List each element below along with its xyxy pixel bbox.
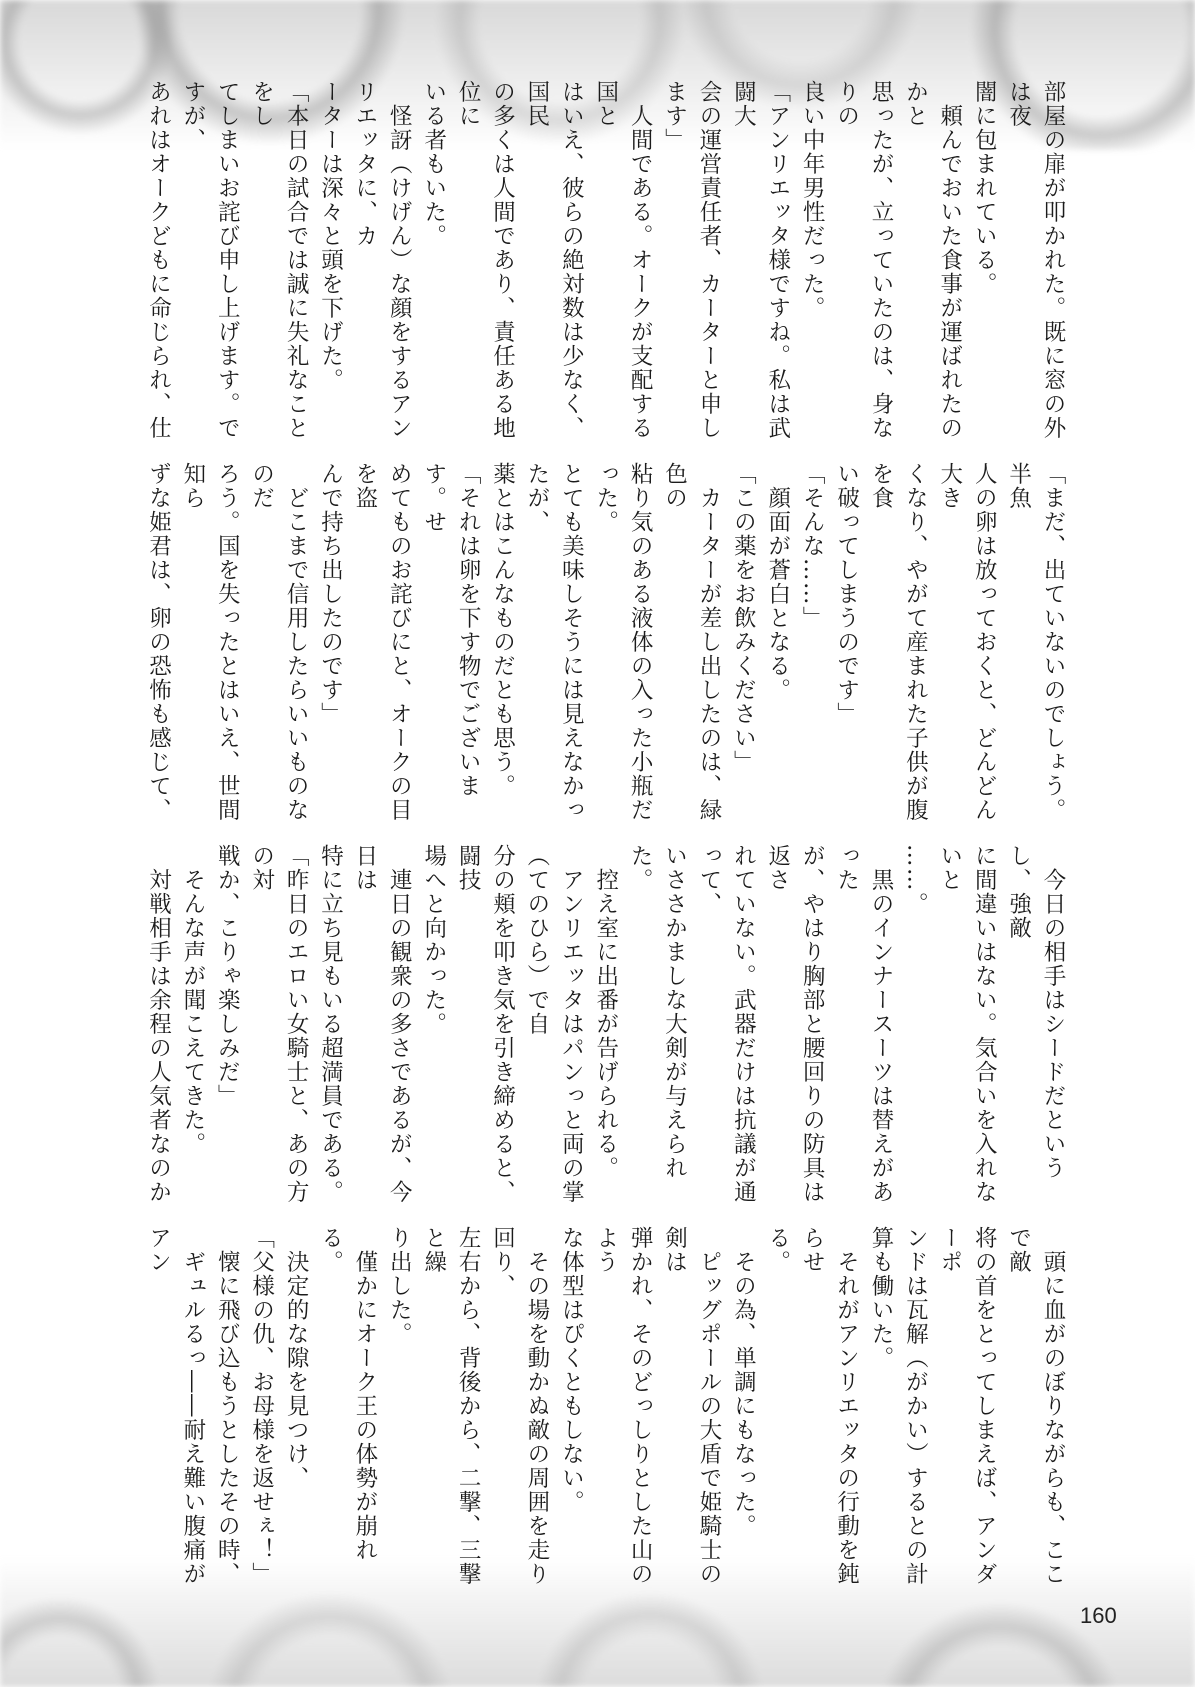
text-line: 「父様の仇、お母様を返せぇ！」: [244, 1226, 278, 1598]
text-line: とても美味しそうには見えなかったが、: [520, 462, 589, 834]
text-line: そんな声が聞こえてきた。: [175, 844, 209, 1216]
text-line: 戦か、こりゃ楽しみだ」: [210, 844, 244, 1216]
text-line: 僅かにオーク王の体勢が崩れる。: [313, 1226, 382, 1598]
text-line: 弾かれ、そのどっしりとした山のよう: [588, 1226, 657, 1598]
text-line: その場を動かぬ敵の周囲を走り回り、: [485, 1226, 554, 1598]
text-line: 人の卵は放っておくと、どんどん大き: [932, 462, 1001, 834]
text-line: 決定的な隙を見つけ、: [279, 1226, 313, 1598]
text-line: 粘り気のある液体の入った小瓶だった。: [588, 462, 657, 834]
text-line: れていない。武器だけは抗議が通って、: [692, 844, 761, 1216]
text-line: どこまで信用したらいいものなのだ: [244, 462, 313, 834]
text-line: 「まだ、出ていないのでしょう。半魚: [1001, 462, 1070, 834]
text-line: 頼んでおいた食事が運ばれたのかと: [898, 80, 967, 452]
text-line: 対戦相手は余程の人気者なのかと考: [150, 844, 175, 1216]
text-line: 左右から、背後から、二撃、三撃と繰: [416, 1226, 485, 1598]
text-line: 頭に血がのぼりながらも、ここで敵: [1001, 1226, 1070, 1598]
text-line: 「アンリエッタ様ですね。私は武闘大: [726, 80, 795, 452]
text-line: くなり、やがて産まれた子供が腹を食: [864, 462, 933, 834]
text-line: 「本日の試合では誠に失礼なことをし: [244, 80, 313, 452]
text-line: 控え室に出番が告げられる。: [588, 844, 622, 1216]
text-line: 場へと向かった。: [416, 844, 450, 1216]
text-line: 良い中年男性だった。: [795, 80, 829, 452]
text-line: 連日の観衆の多さであるが、今日は: [347, 844, 416, 1216]
text-line: 黒のインナースーツは替えがあった: [829, 844, 898, 1216]
text-line: ギュルるっ――耐え難い腹痛がアン: [150, 1226, 210, 1598]
text-tier-1: 部屋の扉が叩かれた。既に窓の外は夜闇に包まれている。 頼んでおいた食事が運ばれた…: [150, 80, 1070, 452]
text-line: 顔面が蒼白となる。: [760, 462, 794, 834]
text-line: いささかましな大剣が与えられた。: [623, 844, 692, 1216]
text-line: 会の運営責任者、カーターと申します」: [657, 80, 726, 452]
text-line: 将の首をとってしまえば、アンダーポ: [932, 1226, 1001, 1598]
text-line: に間違いはない。気合いを入れないと: [932, 844, 1001, 1216]
text-line: な体型はぴくともしない。: [554, 1226, 588, 1598]
novel-page: 部屋の扉が叩かれた。既に窓の外は夜闇に包まれている。 頼んでおいた食事が運ばれた…: [150, 80, 1070, 1608]
text-line: 思ったが、立っていたのは、身なりの: [829, 80, 898, 452]
text-line: い破ってしまうのです」: [829, 462, 863, 834]
text-line: 「この薬をお飲みください」: [726, 462, 760, 834]
text-line: あれはオークどもに命じられ、仕方な: [150, 80, 175, 452]
text-line: 特に立ち見もいる超満員である。: [313, 844, 347, 1216]
text-line: いる者もいた。: [416, 80, 450, 452]
text-line: 人間である。オークが支配する国と: [588, 80, 657, 452]
text-line: ンドは瓦解（がかい）するとの計算も働いた。: [864, 1226, 933, 1598]
text-line: ……。: [898, 844, 932, 1216]
text-line: 「そんな……」: [795, 462, 829, 834]
text-line: が、やはり胸部と腰回りの防具は返さ: [760, 844, 829, 1216]
text-line: 闇に包まれている。: [967, 80, 1001, 452]
text-line: 怪訝（けげん）な顔をするアンリエッタに、カ: [347, 80, 416, 452]
text-line: アンリエッタはパンっと両の掌（てのひら）で自: [520, 844, 589, 1216]
text-line: 分の頬を叩き気を引き締めると、闘技: [451, 844, 520, 1216]
text-line: の多くは人間であり、責任ある地位に: [451, 80, 520, 452]
text-line: 今日の相手はシードだというし、強敵: [1001, 844, 1070, 1216]
text-line: その為、単調にもなった。: [726, 1226, 760, 1598]
text-line: てしまいお詫び申し上げます。ですが、: [175, 80, 244, 452]
text-line: 「昨日のエロい女騎士と、あの方の対: [244, 844, 313, 1216]
text-line: んで持ち出したのです」: [313, 462, 347, 834]
text-line: 部屋の扉が叩かれた。既に窓の外は夜: [1001, 80, 1070, 452]
text-tier-4: 頭に血がのぼりながらも、ここで敵将の首をとってしまえば、アンダーポンドは瓦解（が…: [150, 1226, 1070, 1598]
text-line: ーターは深々と頭を下げた。: [313, 80, 347, 452]
text-line: 薬とはこんなものだとも思う。: [485, 462, 519, 834]
text-line: ずな姫君は、卵の恐怖も感じて、薬を: [150, 462, 175, 834]
text-tier-3: 今日の相手はシードだというし、強敵に間違いはない。気合いを入れないと……。 黒の…: [150, 844, 1070, 1216]
page-number: 160: [1080, 1603, 1117, 1629]
text-line: ピッグポールの大盾で姫騎士の剣は: [657, 1226, 726, 1598]
text-line: 懐に飛び込もうとしたその時、: [210, 1226, 244, 1598]
text-line: めてものお詫びにと、オークの目を盗: [347, 462, 416, 834]
text-line: それがアンリエッタの行動を鈍らせ: [795, 1226, 864, 1598]
text-line: カーターが差し出したのは、緑色の: [657, 462, 726, 834]
text-line: り出した。: [382, 1226, 416, 1598]
text-line: 「それは卵を下す物でございます。せ: [416, 462, 485, 834]
text-line: はいえ、彼らの絶対数は少なく、国民: [520, 80, 589, 452]
text-line: る。: [760, 1226, 794, 1598]
text-line: ろう。国を失ったとはいえ、世間知ら: [175, 462, 244, 834]
text-tier-2: 「まだ、出ていないのでしょう。半魚人の卵は放っておくと、どんどん大きくなり、やが…: [150, 462, 1070, 834]
